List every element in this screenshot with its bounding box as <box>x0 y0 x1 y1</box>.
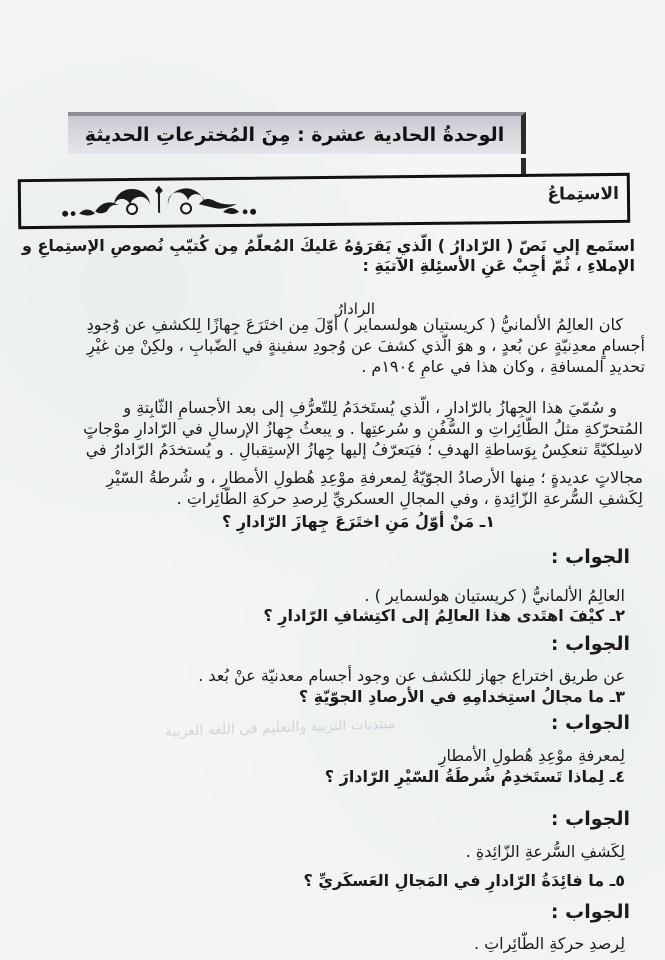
answer-label-2: الجواب : <box>551 634 630 654</box>
section-title: الاستِماعُ <box>547 184 619 205</box>
unit-title-box: الوحدةُ الحادية عشرة : مِنَ المُخترعاتِ … <box>68 112 526 154</box>
instruction-line: استَمع إلي نَصّ ( الرّادارُ ) الّذي يَقر… <box>22 236 635 256</box>
answer-label-4: الجواب : <box>551 809 630 829</box>
passage-line: تحديدِ المسافةِ ، وكان هذا في عامِ ١٩٠٤م… <box>361 357 645 377</box>
answer-label-5: الجواب : <box>551 902 630 922</box>
question-4: ٤ـ لِماذا تَستَخدِمُ شُرطَةُ السّيْرِ ال… <box>325 767 625 787</box>
passage-line: لِكَشفِ السُّرعةِ الزّائِدةِ ، وفي المجا… <box>177 489 643 509</box>
passage-line: لاسِلكيّةً تنعكِسُ بِوَساطةِ الهدفِ ؛ في… <box>86 440 643 460</box>
passage-line: و سُمّيَ هذا الجِهازُ بالرّادارِ ، الّذي… <box>123 398 617 418</box>
passage-line: أجسامٍ معدِنيّةٍ عن بُعدٍ ، و هوَ الّذي … <box>87 336 645 356</box>
answer-label-1: الجواب : <box>551 547 630 567</box>
answer-label-3: الجواب : <box>551 713 630 733</box>
instruction-line: الإملاءِ ، ثُمّ أجِبْ عَنِ الأسئِلةِ الآ… <box>363 256 635 276</box>
worksheet-page: الوحدةُ الحادية عشرة : مِنَ المُخترعاتِ … <box>0 0 665 960</box>
answer-4: لِكَشفِ السُّرعةِ الزّائِدةِ . <box>466 842 625 862</box>
watermark: منتديات التربية والتعليم في اللغة العربي… <box>165 716 396 740</box>
question-5: ٥ـ ما فائِدَةُ الرّادارِ في المَجالِ الع… <box>304 871 625 891</box>
unit-title: الوحدةُ الحادية عشرة : مِنَ المُخترعاتِ … <box>85 124 504 146</box>
floral-ornament-icon <box>59 184 259 222</box>
passage-line: المُتحرّكةِ مثلُ الطّائِراتِ و السُّفُنِ… <box>83 419 643 439</box>
passage-line: كان العالِمُ الألمانيُّ ( كريستيان هولسم… <box>87 315 623 335</box>
passage-line: مجالاتٍ عديدةٍ ؛ مِنها الأرصادُ الجوّيّة… <box>106 468 643 488</box>
answer-5: لِرصدِ حركةِ الطّائِراتِ . <box>474 934 625 954</box>
answer-1: العالِمُ الألمانيُّ ( كريستيان هولسماير … <box>364 586 625 606</box>
question-3: ٣ـ ما مجالُ استِخدامِهِ في الأرصادِ الجو… <box>299 687 625 707</box>
question-2: ٢ـ كيْفَ اهتَدى هذا العالِمُ إلى اكتِشاف… <box>263 606 625 626</box>
answer-3: لِمعرفةِ موْعِدِ هُطولِ الأمطارِ <box>439 746 625 766</box>
listening-section-header: الاستِماعُ <box>18 173 630 229</box>
answer-2: عن طريق اختراع جهاز للكشف عن وجود أجسام … <box>198 666 625 686</box>
question-1: ١ـ مَنْ أوّلُ مَنِ اختَرَعَ جِهازَ الرّا… <box>222 512 495 532</box>
